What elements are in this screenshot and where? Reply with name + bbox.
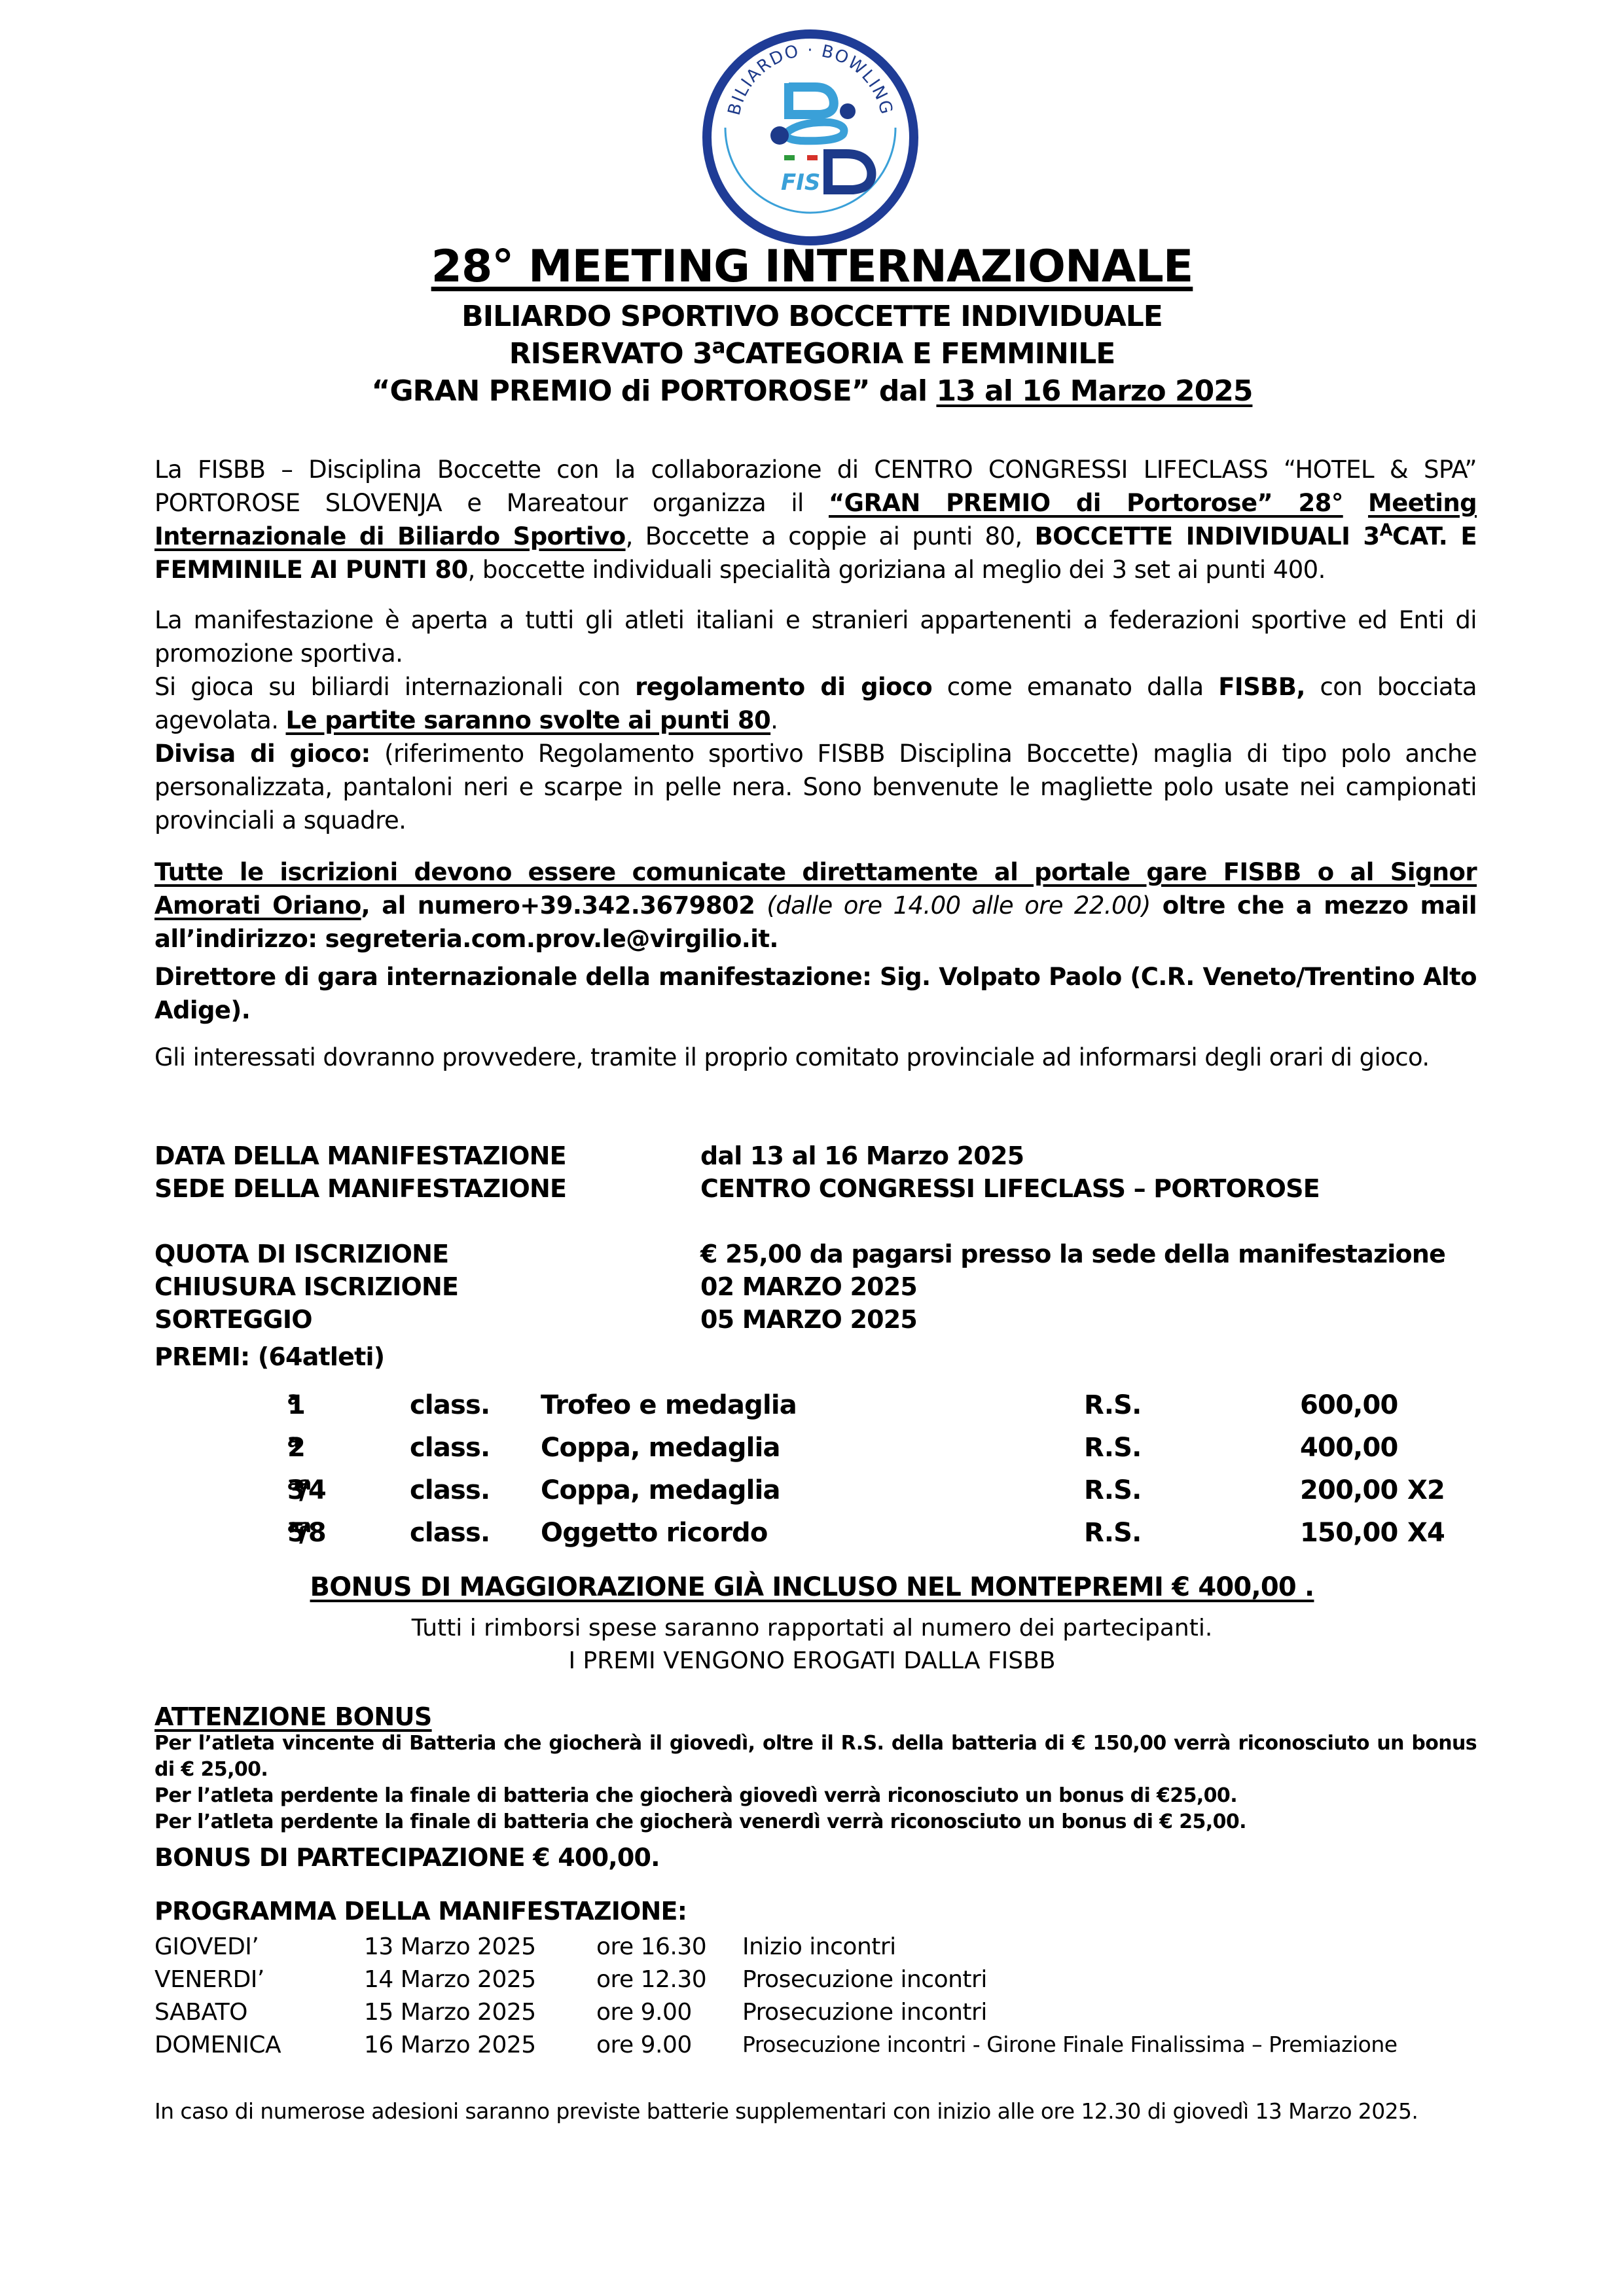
svg-text:FIS: FIS — [781, 170, 820, 196]
program-heading-text: PROGRAMMA DELLA MANIFESTAZIONE: — [154, 1895, 687, 1928]
program-time: ore 9.00 — [596, 1999, 692, 2026]
bonus-rule: Per l’atleta perdente la finale di batte… — [154, 1783, 1477, 1809]
detail-label: SORTEGGIO — [154, 1303, 312, 1336]
program-day: VENERDI’ — [154, 1966, 264, 1993]
participation-bonus-text: BONUS DI PARTECIPAZIONE € 400,00. — [154, 1841, 660, 1874]
event-dates: 13 al 16 Marzo 2025 — [936, 374, 1252, 408]
program-day: SABATO — [154, 1999, 247, 2026]
rules-paragraph: La manifestazione è aperta a tutti gli a… — [154, 603, 1477, 837]
subtitle-event-dates: “GRAN PREMIO di PORTOROSE” dal 13 al 16 … — [0, 374, 1624, 408]
program-date: 15 Marzo 2025 — [364, 1999, 536, 2026]
hours-text: (dalle ore 14.00 alle ore 22.00) — [767, 891, 1150, 920]
text-bold: Divisa di gioco: — [154, 740, 370, 768]
text: , boccette individuali specialità gorizi… — [468, 556, 1326, 584]
detail-label: QUOTA DI ISCRIZIONE — [154, 1238, 448, 1270]
fisbb-logo-icon: BILIARDO · BOWLING FIS — [702, 29, 918, 245]
program-date: 14 Marzo 2025 — [364, 1966, 536, 1993]
prize-position: 2a — [287, 1433, 299, 1463]
prize-award: Coppa, medaglia — [541, 1433, 780, 1463]
text-bold: FISBB, — [1218, 673, 1305, 701]
prize-award: Coppa, medaglia — [541, 1475, 780, 1505]
text-bold: BOCCETTE INDIVIDUALI 3 — [1035, 522, 1380, 550]
prize-class: class. — [410, 1390, 490, 1420]
prizes-note: I PREMI VENGONO EROGATI DALLA FISBB — [0, 1647, 1624, 1674]
prize-row: 1aclass.Trofeo e medagliaR.S.600,00 — [154, 1390, 1496, 1432]
detail-label: DATA DELLA MANIFESTAZIONE — [154, 1139, 566, 1172]
program-description: Prosecuzione incontri - Girone Finale Fi… — [742, 2032, 1398, 2057]
prize-row: 2aclass.Coppa, medagliaR.S.400,00 — [154, 1433, 1496, 1475]
program-date: 13 Marzo 2025 — [364, 1933, 536, 1960]
program-day: DOMENICA — [154, 2032, 281, 2058]
program-description: Inizio incontri — [742, 1933, 896, 1960]
prize-award: Trofeo e medaglia — [541, 1390, 797, 1420]
program-time: ore 16.30 — [596, 1933, 706, 1960]
bonus-line: BONUS DI MAGGIORAZIONE GIÀ INCLUSO NEL M… — [0, 1572, 1624, 1602]
subtitle-category-text: CATEGORIA E FEMMINILE — [725, 337, 1115, 370]
text: come emanato dalla — [932, 673, 1218, 701]
page-title: 28° MEETING INTERNAZIONALE — [0, 241, 1624, 293]
prize-position: 3a/4a — [287, 1475, 311, 1505]
text: , Boccette a coppie ai punti 80, — [626, 522, 1035, 550]
dress-code-text: Divisa di gioco: (riferimento Regolament… — [154, 737, 1477, 837]
intro-paragraph: La FISBB – Disciplina Boccette con la co… — [154, 453, 1477, 586]
detail-value: dal 13 al 16 Marzo 2025 — [700, 1139, 1024, 1172]
subtitle-category-text: RISERVATO 3 — [509, 337, 712, 370]
event-name-bold: “GRAN PREMIO di Portorose” 28° — [829, 489, 1343, 517]
attention-heading-text: ATTENZIONE BONUS — [154, 1702, 432, 1731]
bonus-rule: Per l’atleta vincente di Batteria che gi… — [154, 1731, 1477, 1783]
phone-text: , al numero+39.342.3679802 — [361, 891, 767, 920]
text-bold-underlined: Le partite saranno svolte ai punti 80 — [286, 706, 771, 734]
subtitle-category: RISERVATO 3aCATEGORIA E FEMMINILE — [0, 337, 1624, 370]
subtitle-discipline: BILIARDO SPORTIVO BOCCETTE INDIVIDUALE — [0, 300, 1624, 333]
program-time: ore 12.30 — [596, 1966, 706, 1993]
superscript: a — [712, 334, 725, 358]
text: Si gioca su biliardi internazionali con — [154, 673, 635, 701]
prize-amount: 200,00 — [1300, 1475, 1398, 1505]
program-day: GIOVEDI’ — [154, 1933, 259, 1960]
prize-position: 5a/8a — [287, 1518, 311, 1548]
program-date: 16 Marzo 2025 — [364, 2032, 536, 2058]
attention-lines: Per l’atleta vincente di Batteria che gi… — [154, 1731, 1477, 1835]
bonus-rule: Per l’atleta perdente la finale di batte… — [154, 1809, 1477, 1835]
text-bold: regolamento di gioco — [635, 673, 932, 701]
prize-class: class. — [410, 1475, 490, 1505]
prize-multiplier: X4 — [1407, 1518, 1445, 1548]
detail-value: CENTRO CONGRESSI LIFECLASS – PORTOROSE — [700, 1172, 1320, 1205]
superscript: A — [1380, 521, 1392, 541]
director-paragraph: Direttore di gara internazionale della m… — [154, 960, 1477, 1027]
bonus-line-text: BONUS DI MAGGIORAZIONE GIÀ INCLUSO NEL M… — [310, 1572, 1314, 1602]
text — [1343, 489, 1368, 517]
prize-amount: 150,00 — [1300, 1518, 1398, 1548]
prize-rs: R.S. — [1084, 1475, 1142, 1505]
prize-position: 1a — [287, 1390, 299, 1420]
detail-value: 05 MARZO 2025 — [700, 1303, 917, 1336]
program-description: Prosecuzione incontri — [742, 1966, 987, 1993]
prize-award: Oggetto ricordo — [541, 1518, 768, 1548]
reimbursement-note: Tutti i rimborsi spese saranno rapportat… — [0, 1615, 1624, 1641]
prize-row: 5a/8aclass.Oggetto ricordoR.S.150,00X4 — [154, 1518, 1496, 1560]
prize-class: class. — [410, 1518, 490, 1548]
detail-label: CHIUSURA ISCRIZIONE — [154, 1270, 458, 1303]
program-time: ore 9.00 — [596, 2032, 692, 2058]
attention-heading: ATTENZIONE BONUS — [154, 1700, 1477, 1733]
prizes-heading-text: PREMI: (64atleti) — [154, 1340, 384, 1373]
prize-rs: R.S. — [1084, 1518, 1142, 1548]
detail-value: 02 MARZO 2025 — [700, 1270, 917, 1303]
prize-multiplier: X2 — [1407, 1475, 1445, 1505]
prize-rs: R.S. — [1084, 1433, 1142, 1463]
info-note: Gli interessati dovranno provvedere, tra… — [154, 1041, 1477, 1074]
detail-value: € 25,00 da pagarsi presso la sede della … — [700, 1238, 1445, 1270]
prize-row: 3a/4aclass.Coppa, medagliaR.S.200,00X2 — [154, 1475, 1496, 1517]
prize-amount: 600,00 — [1300, 1390, 1398, 1420]
prize-class: class. — [410, 1433, 490, 1463]
detail-label: SEDE DELLA MANIFESTAZIONE — [154, 1172, 566, 1205]
prize-amount: 400,00 — [1300, 1433, 1398, 1463]
prize-rs: R.S. — [1084, 1390, 1142, 1420]
registration-paragraph: Tutte le iscrizioni devono essere comuni… — [154, 855, 1477, 956]
game-rules-text: Si gioca su biliardi internazionali con … — [154, 670, 1477, 737]
program-description: Prosecuzione incontri — [742, 1999, 987, 2026]
footer-note: In caso di numerose adesioni saranno pre… — [154, 2094, 1477, 2128]
document-page: BILIARDO · BOWLING FIS 28° MEETING INTER… — [0, 0, 1624, 2296]
eligibility-text: La manifestazione è aperta a tutti gli a… — [154, 603, 1477, 670]
text: . — [770, 706, 778, 734]
event-name: “GRAN PREMIO di PORTOROSE” dal — [372, 374, 937, 408]
